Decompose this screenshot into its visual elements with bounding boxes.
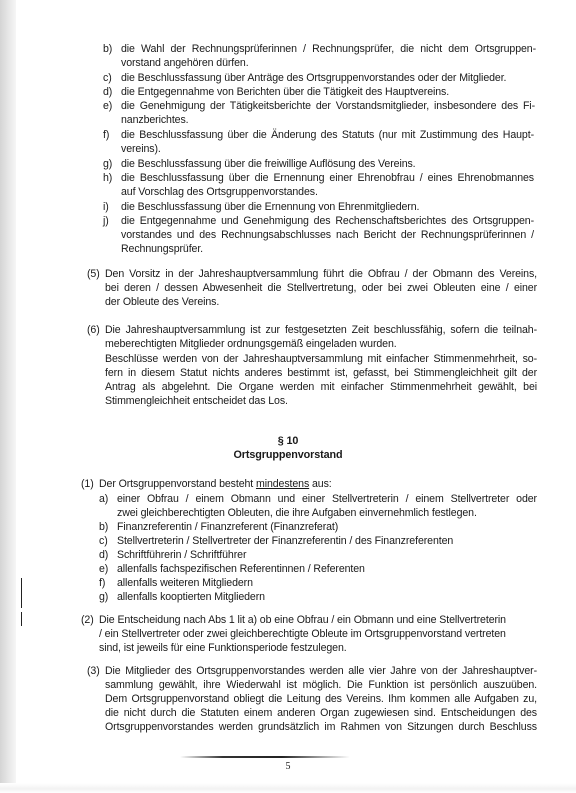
paragraph-intro: Der Ortsgruppenvorstand besteht mindeste… bbox=[99, 478, 332, 491]
list-item-text: die Beschlussfassung über Anträge des Or… bbox=[121, 72, 506, 85]
list-item-label: d) bbox=[103, 86, 112, 99]
list-item-label: c) bbox=[103, 72, 112, 85]
paragraph-text: Beschlüsse werden von der Jahreshauptver… bbox=[105, 353, 537, 366]
paragraph-text: Ortsgruppenvorstandes werden grundsätzli… bbox=[105, 721, 537, 734]
paragraph-text: Stimmengleichheit entscheidet das Los. bbox=[105, 395, 288, 408]
list-item-text: vorstand angehören dürfen. bbox=[121, 57, 249, 70]
list-item-label: e) bbox=[99, 563, 108, 576]
paragraph-text: Die Jahreshauptversammlung ist zur festg… bbox=[105, 324, 537, 337]
list-item-label: e) bbox=[103, 100, 112, 113]
intro-text: aus: bbox=[309, 478, 331, 490]
paragraph-text: Die Entscheidung nach Abs 1 lit a) ob ei… bbox=[99, 614, 484, 627]
intro-text: Der Ortsgruppenvorstand besteht bbox=[99, 478, 256, 490]
paragraph-label: (5) bbox=[87, 268, 100, 281]
list-item-label: g) bbox=[103, 158, 112, 171]
paragraph-text: Die Mitglieder des Ortsgruppenvorstandes… bbox=[105, 665, 537, 678]
list-item-text: zwei gleichberechtigten Obleuten, die ih… bbox=[117, 507, 477, 520]
paragraph-label: (6) bbox=[87, 324, 100, 337]
list-item-text: Schriftführerin / Schriftführer bbox=[117, 549, 246, 562]
section-title: Ortsgruppenvorstand bbox=[0, 449, 576, 461]
paragraph-text: die nicht durch die Statuten einem ander… bbox=[105, 707, 537, 720]
list-item-text: allenfalls weiteren Mitgliedern bbox=[117, 577, 253, 590]
list-item-text: auf Vorschlag des Ortsgruppenvorstandes. bbox=[121, 186, 318, 199]
section-number: § 10 bbox=[0, 435, 576, 447]
paragraph-label: (1) bbox=[81, 478, 94, 491]
paragraph-text: meberechtigten Mitglieder ordnungsgemäß … bbox=[105, 338, 397, 351]
document-page: b) die Wahl der Rechnungsprüferinnen / R… bbox=[0, 0, 576, 793]
paragraph-text: Dem Ortsgruppenvorstand obliegt die Leit… bbox=[105, 693, 537, 706]
paragraph-text: / ein Stellvertreter oder zwei gleichber… bbox=[99, 628, 483, 641]
page-number: 5 bbox=[0, 761, 576, 772]
list-item-text: Finanzreferentin / Finanzreferent (Finan… bbox=[117, 521, 338, 534]
list-item-text: die Wahl der Rechnungsprüferinnen / Rech… bbox=[121, 43, 536, 56]
list-item-label: g) bbox=[99, 591, 108, 604]
paragraph-text: sind, ist jeweils für eine Funktionsperi… bbox=[99, 642, 347, 655]
list-item-text: nanzberichtes. bbox=[121, 114, 189, 127]
list-item-text: die Beschlussfassung über die Ernennung … bbox=[121, 172, 534, 185]
list-item-text: die Beschlussfassung über die Änderung d… bbox=[121, 129, 534, 142]
list-item-text: die Beschlussfassung über die Ernennung … bbox=[121, 201, 419, 214]
list-item-label: d) bbox=[99, 549, 108, 562]
paragraph-text: sammlung gewählt, ihre Wiederwahl ist mö… bbox=[105, 679, 537, 692]
list-item-label: h) bbox=[103, 172, 112, 185]
list-item-label: f) bbox=[103, 129, 109, 142]
paragraph-label: (3) bbox=[87, 665, 100, 678]
list-item-text: die Entgegennahme und Genehmigung des Re… bbox=[121, 215, 534, 228]
list-item-text: allenfalls kooptierten Mitgliedern bbox=[117, 591, 265, 604]
list-item-label: j) bbox=[103, 215, 109, 228]
list-item-text: die Beschlussfassung über die freiwillig… bbox=[121, 158, 416, 171]
paragraph-text: fern in diesem Statut nichts anderes bes… bbox=[105, 367, 537, 380]
footer-rule bbox=[180, 756, 350, 758]
list-item-text: vorstandes und des Rechnungsabschlusses … bbox=[121, 229, 534, 242]
list-item-text: einer Obfrau / einem Obmann und einer St… bbox=[117, 493, 537, 506]
list-item-label: c) bbox=[99, 535, 108, 548]
paragraph-text: der Obleute des Vereins. bbox=[105, 296, 219, 309]
paragraph-text: bei deren / dessen Abwesenheit die Stell… bbox=[105, 282, 537, 295]
list-item-text: die Genehmigung der Tätigkeitsberichte d… bbox=[121, 100, 535, 113]
list-item-text: allenfalls fachspezifischen Referentinne… bbox=[117, 563, 365, 576]
paragraph-label: (2) bbox=[81, 614, 94, 627]
intro-emphasis: mindestens bbox=[256, 478, 309, 490]
list-item-label: a) bbox=[99, 493, 108, 506]
list-item-text: Stellvertreterin / Stellvertreter der Fi… bbox=[117, 535, 453, 548]
list-item-text: die Entgegennahme von Berichten über die… bbox=[121, 86, 449, 99]
list-item-label: b) bbox=[99, 521, 108, 534]
paragraph-text: Den Vorsitz in der Jahreshauptversammlun… bbox=[105, 268, 537, 281]
list-item-label: f) bbox=[99, 577, 105, 590]
paragraph-text: Antrag als abgelehnt. Die Organe werden … bbox=[105, 381, 537, 394]
list-item-label: b) bbox=[103, 43, 112, 56]
list-item-text: Rechnungsprüfer. bbox=[121, 243, 203, 256]
list-item-label: i) bbox=[103, 201, 109, 214]
list-item-text: vereins). bbox=[121, 143, 161, 156]
